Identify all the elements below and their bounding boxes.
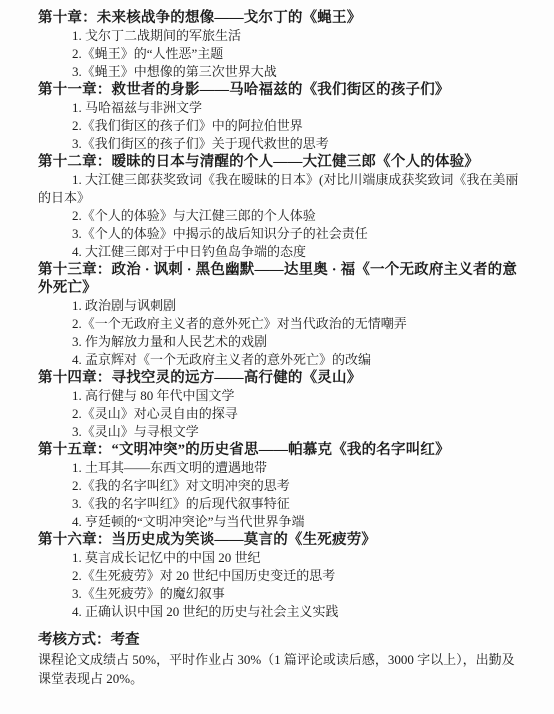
chapter-item: 2.《蝇王》的“人性恶”主题: [38, 45, 522, 63]
chapter-title: 第十三章：政治 · 讽刺 · 黑色幽默——达里奥 · 福《一个无政府主义者的意外…: [38, 261, 522, 297]
syllabus-page: 第十章：未来核战争的想像——戈尔丁的《蝇王》1. 戈尔丁二战期间的军旅生活2.《…: [0, 0, 554, 714]
chapter-title: 第十一章：救世者的身影——马哈福兹的《我们街区的孩子们》: [38, 81, 522, 99]
chapter-item: 3.《生死疲劳》的魔幻叙事: [38, 585, 522, 603]
chapter-item: 1. 土耳其——东西文明的遭遇地带: [38, 459, 522, 477]
chapter-title: 第十章：未来核战争的想像——戈尔丁的《蝇王》: [38, 9, 522, 27]
chapter-item: 2.《生死疲劳》对 20 世纪中国历史变迁的思考: [38, 567, 522, 585]
chapter-item: 3.《我的名字叫红》的后现代叙事特征: [38, 495, 522, 513]
chapter-item: 3. 作为解放力量和人民艺术的戏剧: [38, 333, 522, 351]
chapter-item: 1. 政治剧与讽刺剧: [38, 297, 522, 315]
chapter-title: 第十四章：寻找空灵的远方——高行健的《灵山》: [38, 369, 522, 387]
chapter-item: 1. 马哈福兹与非洲文学: [38, 99, 522, 117]
chapter-item: 1. 戈尔丁二战期间的军旅生活: [38, 27, 522, 45]
chapter-item: 4. 孟京辉对《一个无政府主义者的意外死亡》的改编: [38, 351, 522, 369]
chapter-item: 3.《灵山》与寻根文学: [38, 423, 522, 441]
assessment-section: 考核方式：考查 课程论文成绩占 50%，平时作业占 30%（1 篇评论或读后感，…: [38, 631, 522, 688]
chapter-item: 3.《我们街区的孩子们》关于现代救世的思考: [38, 135, 522, 153]
assessment-body: 课程论文成绩占 50%，平时作业占 30%（1 篇评论或读后感，3000 字以上…: [38, 650, 522, 688]
chapter-item: 2.《我们街区的孩子们》中的阿拉伯世界: [38, 117, 522, 135]
chapter-item: 3.《个人的体验》中揭示的战后知识分子的社会责任: [38, 225, 522, 243]
chapter-item: 4. 正确认识中国 20 世纪的历史与社会主义实践: [38, 603, 522, 621]
chapter-item: 1. 大江健三郎获奖致词《我在暧昧的日本》(对比川端康成获奖致词《我在美丽的日本…: [38, 171, 522, 207]
chapter-item: 4. 大江健三郎对于中日钓鱼岛争端的态度: [38, 243, 522, 261]
chapter-item: 2.《个人的体验》与大江健三郎的个人体验: [38, 207, 522, 225]
chapter-list: 第十章：未来核战争的想像——戈尔丁的《蝇王》1. 戈尔丁二战期间的军旅生活2.《…: [38, 9, 522, 621]
chapter-item: 1. 高行健与 80 年代中国文学: [38, 387, 522, 405]
assessment-heading: 考核方式：考查: [38, 631, 522, 650]
chapter-item: 2.《我的名字叫红》对文明冲突的思考: [38, 477, 522, 495]
chapter-item: 3.《蝇王》中想像的第三次世界大战: [38, 63, 522, 81]
chapter-title: 第十五章：“文明冲突”的历史省思——帕慕克《我的名字叫红》: [38, 441, 522, 459]
chapter-title: 第十二章：暧昧的日本与清醒的个人——大江健三郎《个人的体验》: [38, 153, 522, 171]
chapter-item: 2.《灵山》对心灵自由的探寻: [38, 405, 522, 423]
chapter-item: 2.《一个无政府主义者的意外死亡》对当代政治的无情嘲弄: [38, 315, 522, 333]
chapter-item: 4. 亨廷顿的“文明冲突论”与当代世界争端: [38, 513, 522, 531]
chapter-item: 1. 莫言成长记忆中的中国 20 世纪: [38, 549, 522, 567]
chapter-title: 第十六章：当历史成为笑谈——莫言的《生死疲劳》: [38, 531, 522, 549]
